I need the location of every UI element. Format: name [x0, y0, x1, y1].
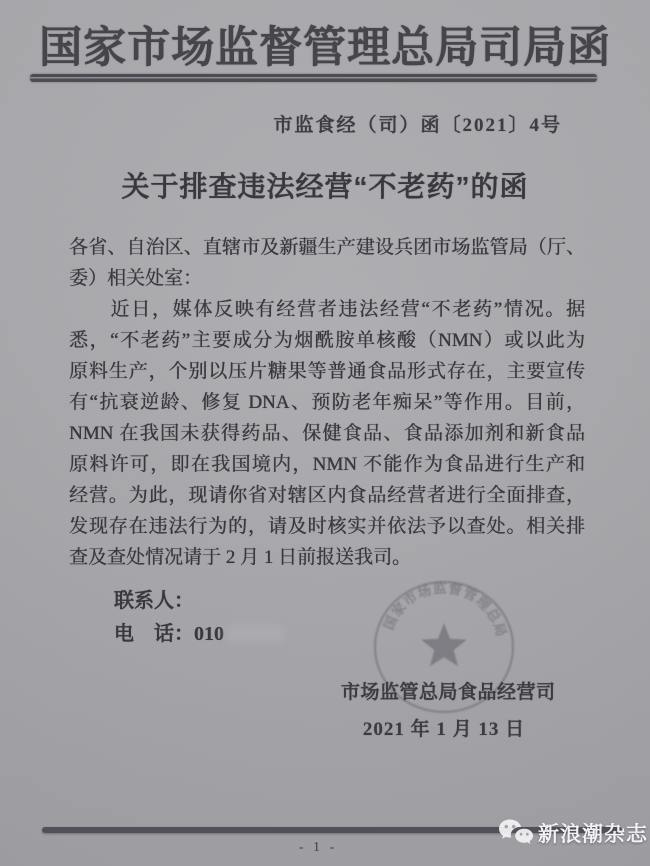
- wechat-icon: [497, 817, 535, 849]
- body-line: 经营。为此，现请你省对辖区内食品经营者进行全面排查，: [69, 480, 585, 511]
- document-number: 市监食经（司）函〔2021〕4号: [273, 110, 562, 137]
- signing-department: 市场监管总局食品经营司: [341, 677, 547, 704]
- phone-label: 电 话：: [114, 623, 194, 645]
- phone-redaction-blur: [226, 625, 284, 642]
- phone-value: 010: [194, 623, 224, 645]
- contact-person-line: 联系人：: [114, 585, 284, 618]
- body-line: 原料生产，个别以压片糖果等普通食品形式存在，主要宣传: [69, 356, 585, 387]
- letter-subject: 关于排查违法经营“不老药”的函: [0, 165, 650, 205]
- body-line: NMN 在我国未获得药品、保健食品、食品添加剂和新食品: [69, 418, 585, 449]
- body-line: 悉，“不老药”主要成分为烟酰胺单核酸（NMN）或以此为: [69, 325, 585, 356]
- letterhead-divider: [30, 74, 597, 82]
- watermark-text: 新浪潮杂志: [538, 818, 648, 848]
- body-line: 查及查处情况请于 2 月 1 日前报送我司。: [69, 542, 585, 573]
- body-line: 原料许可，即在我国境内，NMN 不能作为食品进行生产和: [69, 449, 585, 480]
- body-line: 各省、自治区、直辖市及新疆生产建设兵团市场监管局（厅、: [69, 232, 585, 263]
- contact-block: 联系人： 电 话：010: [114, 585, 284, 651]
- letter-body: 各省、自治区、直辖市及新疆生产建设兵团市场监管局（厅、 委）相关处室： 近日，媒…: [69, 232, 585, 573]
- body-line: 委）相关处室：: [69, 263, 585, 294]
- body-line: 有“抗衰逆龄、修复 DNA、预防老年痴呆”等作用。目前，: [69, 387, 585, 418]
- contact-phone-line: 电 话：010: [114, 618, 284, 651]
- body-line: 发现存在违法行为的，请及时核实并依法予以查处。相关排: [69, 511, 585, 542]
- publisher-watermark: 新浪潮杂志: [497, 817, 648, 849]
- letter-date: 2021 年 1 月 13 日: [341, 714, 547, 741]
- agency-letterhead: 国家市场监督管理总局司局函: [0, 14, 650, 75]
- scanned-letter-photo: 国家市场监督管理总局司局函 市监食经（司）函〔2021〕4号 关于排查违法经营“…: [0, 0, 650, 866]
- seal-star-icon: [421, 623, 467, 666]
- signature-block: 市场监管总局食品经营司 2021 年 1 月 13 日: [341, 677, 547, 741]
- body-line: 近日，媒体反映有经营者违法经营“不老药”情况。据: [69, 294, 585, 325]
